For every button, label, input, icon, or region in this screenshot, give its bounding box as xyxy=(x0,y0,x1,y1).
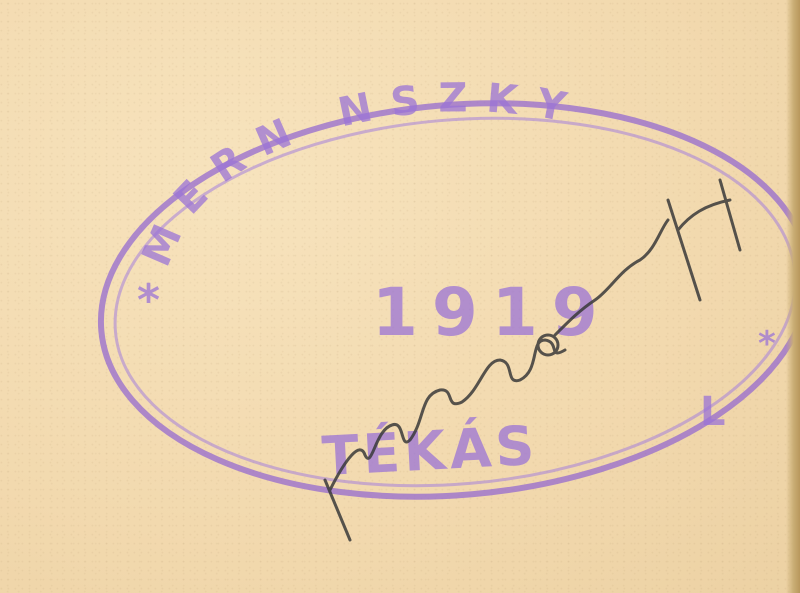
stamp-bottom-text: TÉKÁS xyxy=(321,414,540,488)
stamp-year: 1919 xyxy=(372,274,612,351)
oval-stamp: MERN NSZKY 1919 TÉKÁS L * * xyxy=(0,0,800,593)
asterisk-right-icon: * xyxy=(758,324,776,364)
paper-edge xyxy=(786,0,800,593)
asterisk-left-icon: * xyxy=(137,275,160,326)
stamp-top-text: MERN NSZKY xyxy=(133,75,587,273)
paper-background: MERN NSZKY 1919 TÉKÁS L * * xyxy=(0,0,800,593)
stamp-bottom-trailing: L xyxy=(700,389,726,435)
